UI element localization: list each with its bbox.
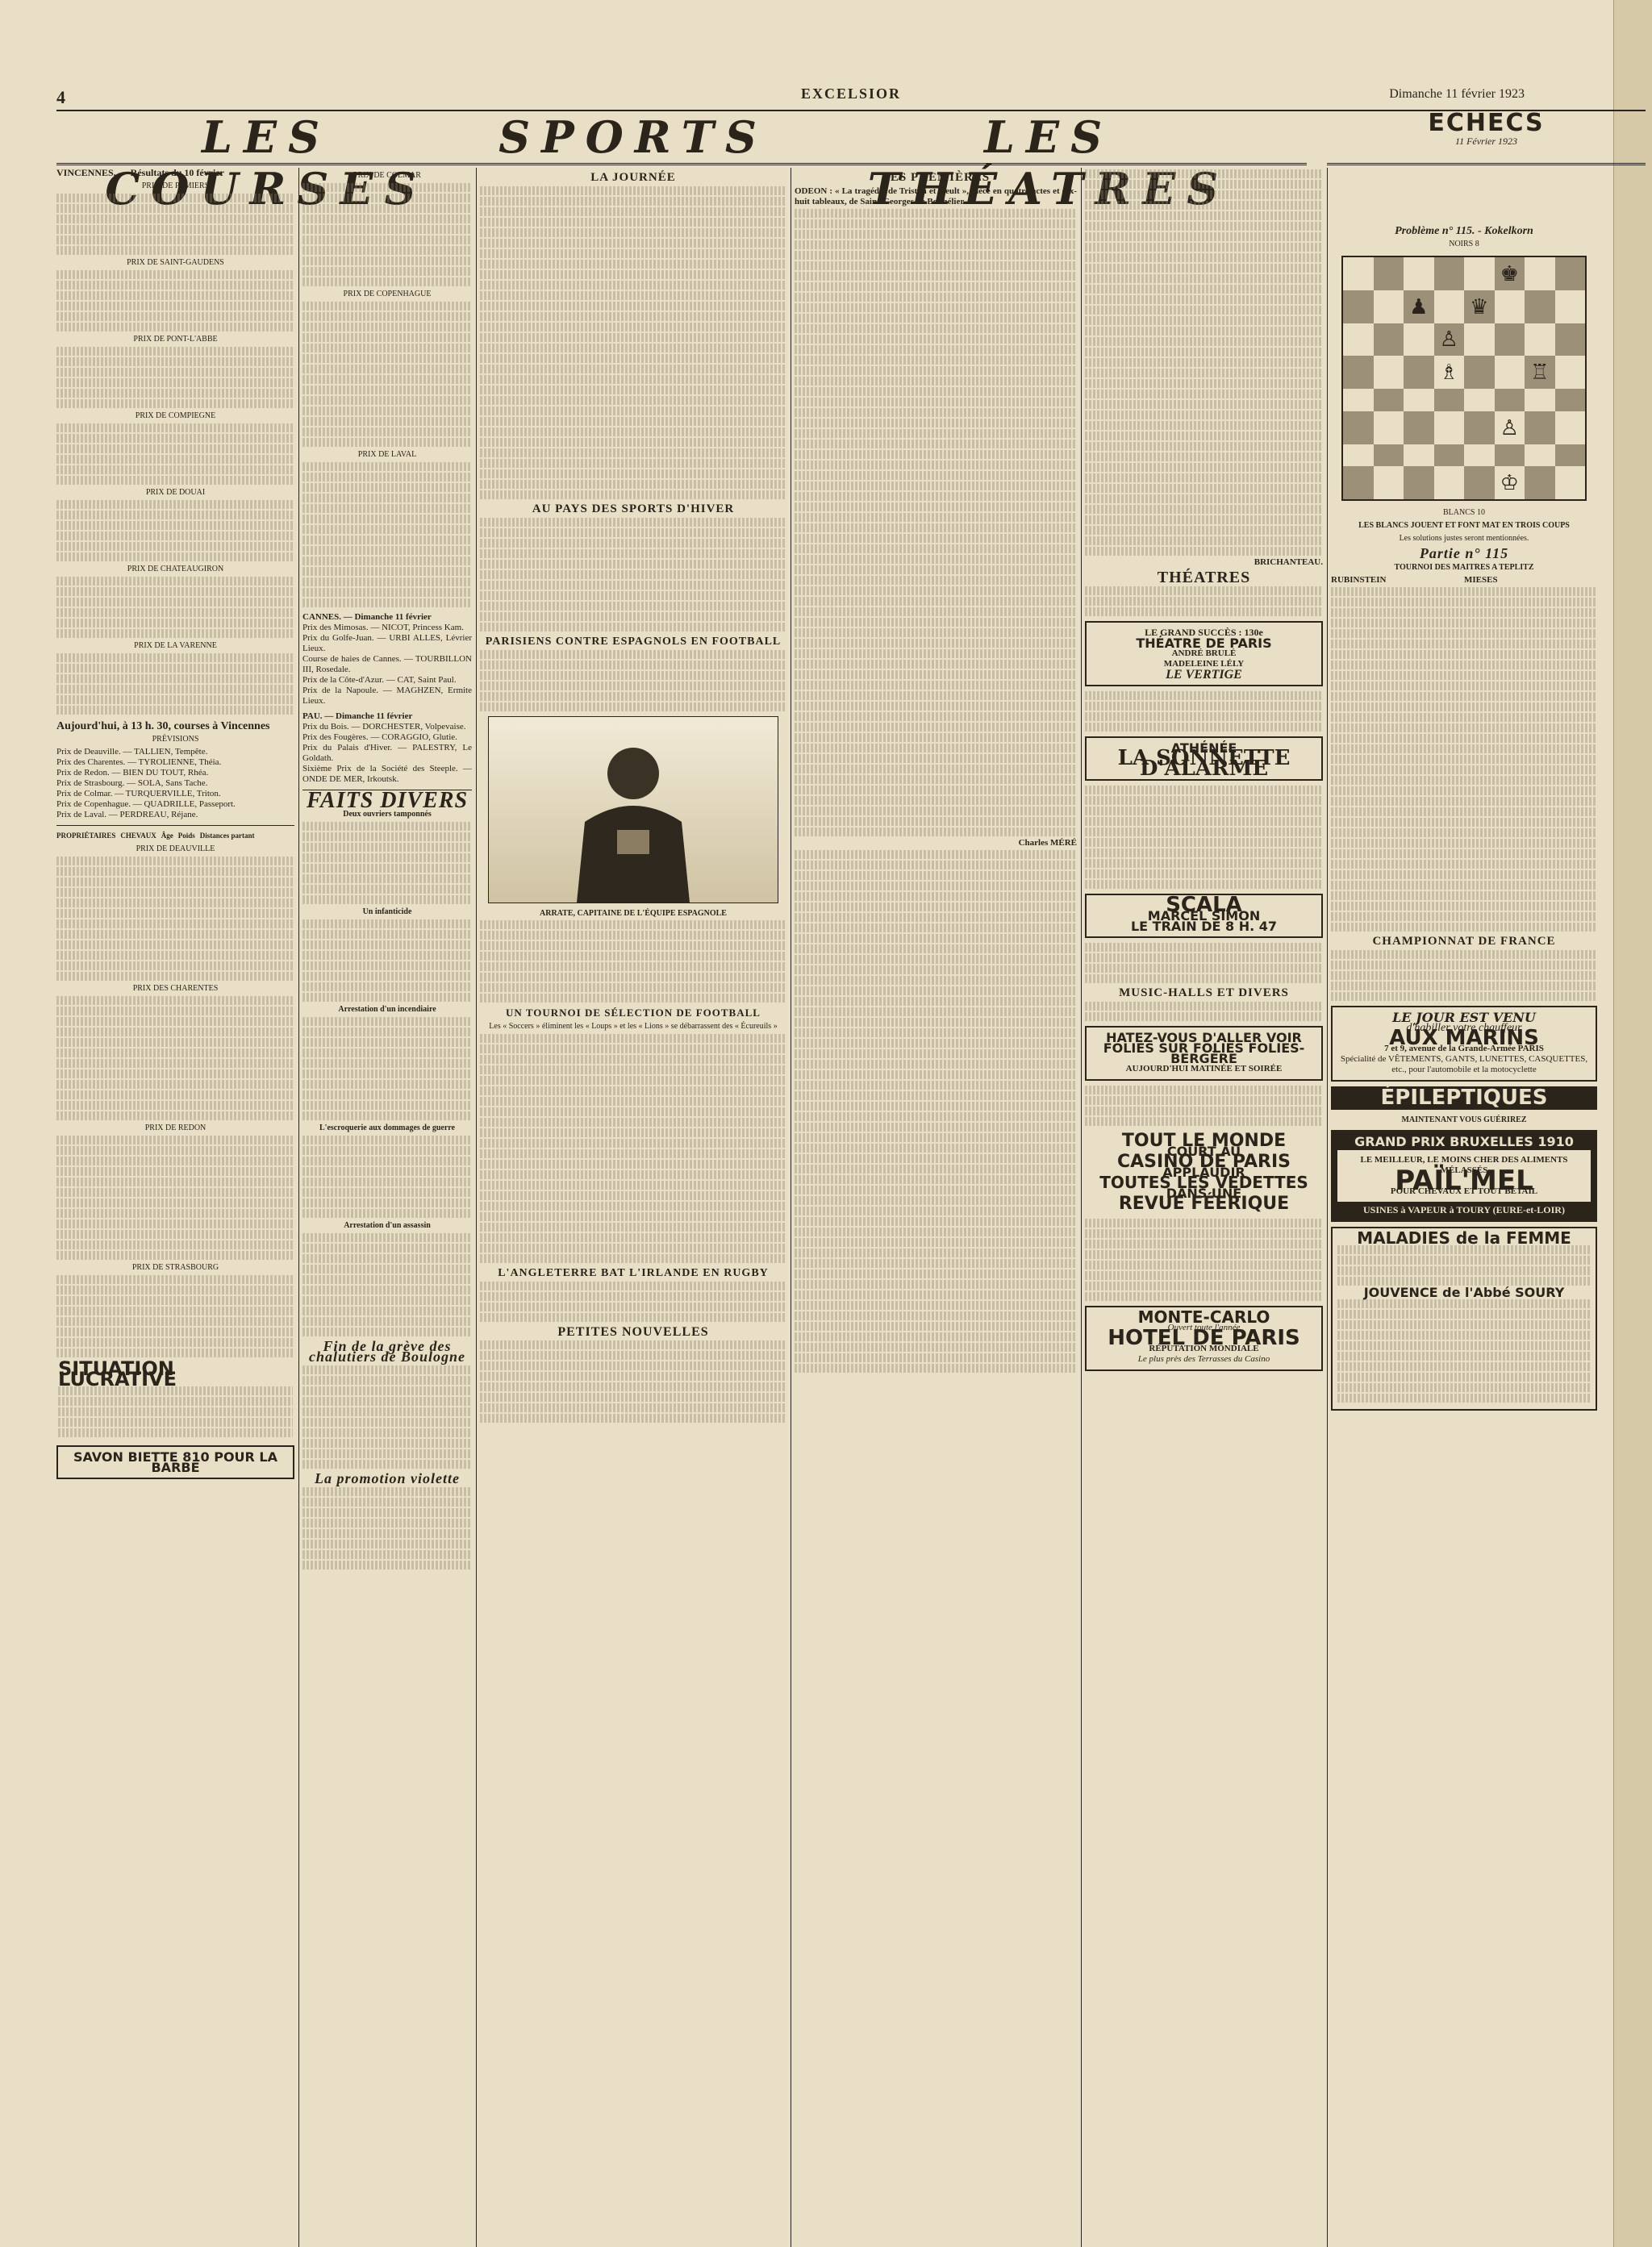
column-rule [298,168,299,2247]
chess-square [1434,444,1465,467]
chess-square [1374,466,1404,499]
ad-jouvence-soury: MALADIES de la FEMME JOUVENCE de l'Abbé … [1331,1227,1597,1411]
band-echecs: ECHECS11 Février 1923 [1327,111,1646,165]
page-header: 4 EXCELSIOR Dimanche 11 février 1923 [56,81,1646,111]
chess-square [1495,290,1525,323]
ad-folies-bergere: HATEZ-VOUS D'ALLER VOIR FOLIES SUR FOLIE… [1085,1026,1323,1081]
chess-square [1495,444,1525,467]
chess-square [1464,444,1495,467]
chess-square [1464,356,1495,389]
chess-square [1404,257,1434,290]
column-rule [1327,168,1328,2247]
chess-square [1525,411,1555,444]
chess-square [1343,411,1374,444]
chess-square [1495,356,1525,389]
ad-pailmel: GRAND PRIX BRUXELLES 1910 LE MEILLEUR, L… [1331,1130,1597,1222]
chess-square [1374,411,1404,444]
chess-square [1525,466,1555,499]
chess-square [1525,257,1555,290]
courses-column-2: PRIX DE COLMAR PRIX DE COPENHAGUE PRIX D… [302,168,472,2247]
chess-square [1343,290,1374,323]
chess-board: ♚♟♛♙♗♖♙♔ [1341,256,1587,501]
chess-square [1434,290,1465,323]
chess-square [1434,466,1465,499]
echecs-column: Problème n° 115. - Kokelkorn NOIRS 8 ♚♟♛… [1331,226,1597,2242]
chess-square: ♖ [1525,356,1555,389]
chess-square: ♟ [1404,290,1434,323]
chess-square [1374,389,1404,411]
chess-square [1434,257,1465,290]
band-sports: SPORTS [476,111,791,165]
newspaper-page: 4 EXCELSIOR Dimanche 11 février 1923 LES… [56,81,1646,2242]
ad-scala: SCALA MARCEL SIMON LE TRAIN DE 8 H. 47 [1085,894,1323,938]
ad-monte-carlo: MONTE-CARLO Ouvert toute l'année HOTEL D… [1085,1306,1323,1371]
chess-square [1434,389,1465,411]
chess-square: ♙ [1495,411,1525,444]
ad-athenee: ATHÉNÉE LA SONNETTE D'ALARME [1085,736,1323,781]
chess-square [1464,389,1495,411]
chess-square: ♚ [1495,257,1525,290]
column-rule [476,168,477,2247]
chess-square [1555,323,1586,356]
theatres-column-1: LES PREMIÈRES ODEON : « La tragédie de T… [795,168,1077,2247]
chess-square [1404,411,1434,444]
ad-epileptiques: ÉPILEPTIQUES [1331,1086,1597,1110]
chess-square [1374,290,1404,323]
chess-square [1525,444,1555,467]
chess-square [1555,466,1586,499]
chess-square [1555,290,1586,323]
chess-square [1464,257,1495,290]
photo-arrate [488,716,778,903]
chess-square [1343,257,1374,290]
chess-square [1555,389,1586,411]
race-table-header: PROPRIÉTAIRES CHEVAUX Âge Poids Distance… [56,831,294,841]
chess-square [1343,356,1374,389]
ad-situation: SITUATION LUCRATIVE [56,1362,294,1440]
chess-square [1404,389,1434,411]
chess-square [1525,323,1555,356]
chess-square [1374,323,1404,356]
chess-square [1374,444,1404,467]
band-courses: LES COURSES [56,111,476,165]
chess-square [1495,389,1525,411]
chess-square [1404,444,1434,467]
chess-square [1404,466,1434,499]
journee-title: LA JOURNÉE [480,173,786,183]
game-moves: RUBINSTEIN MIESES [1331,575,1597,586]
faits-divers-title: FAITS DIVERS [302,795,472,806]
chess-square [1555,411,1586,444]
chess-square [1464,411,1495,444]
ad-theatre-de-paris: LE GRAND SUCCÈS : 130e THÉATRE DE PARIS … [1085,621,1323,686]
sports-column: LA JOURNÉE AU PAYS DES SPORTS D'HIVER PA… [480,168,786,2247]
chess-square [1343,323,1374,356]
chess-square [1555,444,1586,467]
ad-casino-de-paris: TOUT LE MONDE COURT AU CASINO DE PARIS A… [1085,1131,1323,1214]
chess-square [1555,257,1586,290]
chess-square [1525,290,1555,323]
chess-square [1525,389,1555,411]
ad-savon-biette: SAVON BIETTE 810 POUR LA BARBE [56,1445,294,1479]
chess-square [1404,356,1434,389]
chess-square: ♛ [1464,290,1495,323]
chess-square [1374,356,1404,389]
chess-square [1343,444,1374,467]
courses-column-1: VINCENNES. — Résultats du 10 février PRI… [56,168,294,2247]
chess-square [1434,411,1465,444]
chess-square [1464,466,1495,499]
chess-square: ♗ [1434,356,1465,389]
column-rule [1081,168,1082,2247]
chess-square [1404,323,1434,356]
chess-square [1343,466,1374,499]
issue-date: Dimanche 11 février 1923 [1389,87,1525,102]
column-rule [791,168,791,2247]
chess-square [1374,257,1404,290]
chess-square: ♔ [1495,466,1525,499]
chess-square [1495,323,1525,356]
chess-square [1555,356,1586,389]
ad-aux-marins: LE JOUR EST VENU d'habiller votre chauff… [1331,1006,1597,1082]
band-theatres: LES THÉATRES [791,111,1307,165]
chess-square: ♙ [1434,323,1465,356]
chess-square [1464,323,1495,356]
chess-square [1343,389,1374,411]
today-heading: Aujourd'hui, à 13 h. 30, courses à Vince… [56,721,294,732]
theatres-column-2: BRICHANTEAU. THÉATRES LE GRAND SUCCÈS : … [1085,168,1323,2247]
